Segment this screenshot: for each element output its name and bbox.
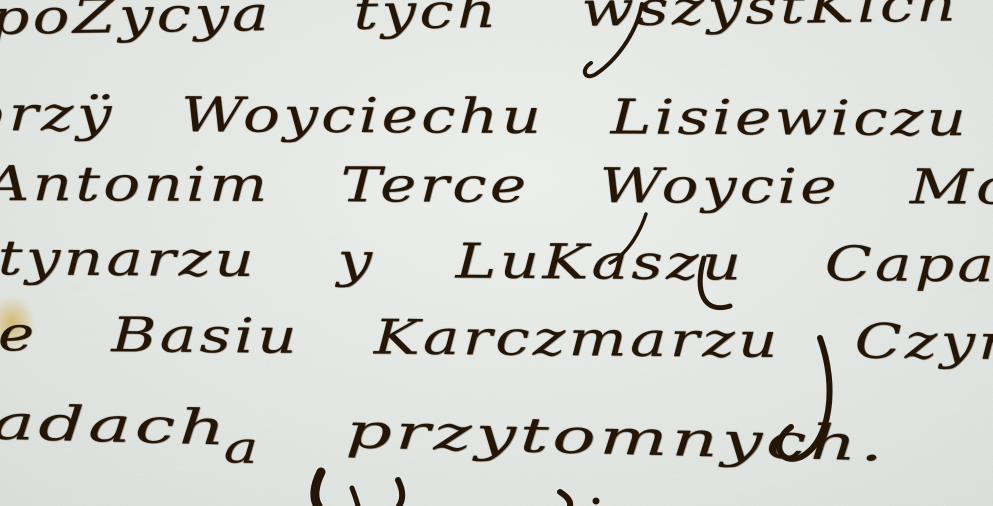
word: iadach [0,396,230,455]
handwritten-line-6: iadach przytomnych. [0,396,887,471]
word: y [337,235,375,288]
word: Capale [825,238,993,292]
handwritten-line-5: ie Basiu Karczmarzu Czyrżyn [0,308,993,371]
word: Woyciechu [181,89,545,144]
word: ie [0,308,38,361]
word: tych [353,0,500,40]
word: przytomnych. [345,405,887,471]
word: Woycie [599,160,839,214]
word: Basiu [111,309,300,363]
handwritten-line-1: poŻycya tych wszystKich r [0,0,993,45]
word: poŻycya [0,0,272,45]
bottom-line-fragment-4 [560,492,570,506]
word: wszystKich [581,0,961,37]
bottom-line-fragment-2 [352,488,358,506]
handwritten-line-2: brzÿ Woyciechu Lisiewiczu Orga [0,88,993,147]
bottom-line-ink-dot [593,498,600,505]
bottom-line-fragment-1 [315,472,321,506]
bottom-line-fragment-3 [398,480,402,506]
word: LuKaszu [455,235,744,290]
handwritten-line-4: ntynarzu y LuKaszu Capale p [0,232,993,293]
word: Czyrżyn [854,316,993,371]
word: Karczmarzu [374,311,781,367]
handwritten-line-3: Antonim Terce Woycie Mogilſ [0,158,993,215]
word: Antonim [0,158,271,212]
word: Lisiewiczu [610,91,969,146]
word: ntynarzu [0,232,257,287]
word: Mogilſ [910,161,993,215]
manuscript-photo: poŻycya tych wszystKich r brzÿ Woyciechu… [0,0,993,506]
word: brzÿ [0,88,115,142]
word: Terce [341,159,530,212]
catchword-a: a [223,424,262,474]
